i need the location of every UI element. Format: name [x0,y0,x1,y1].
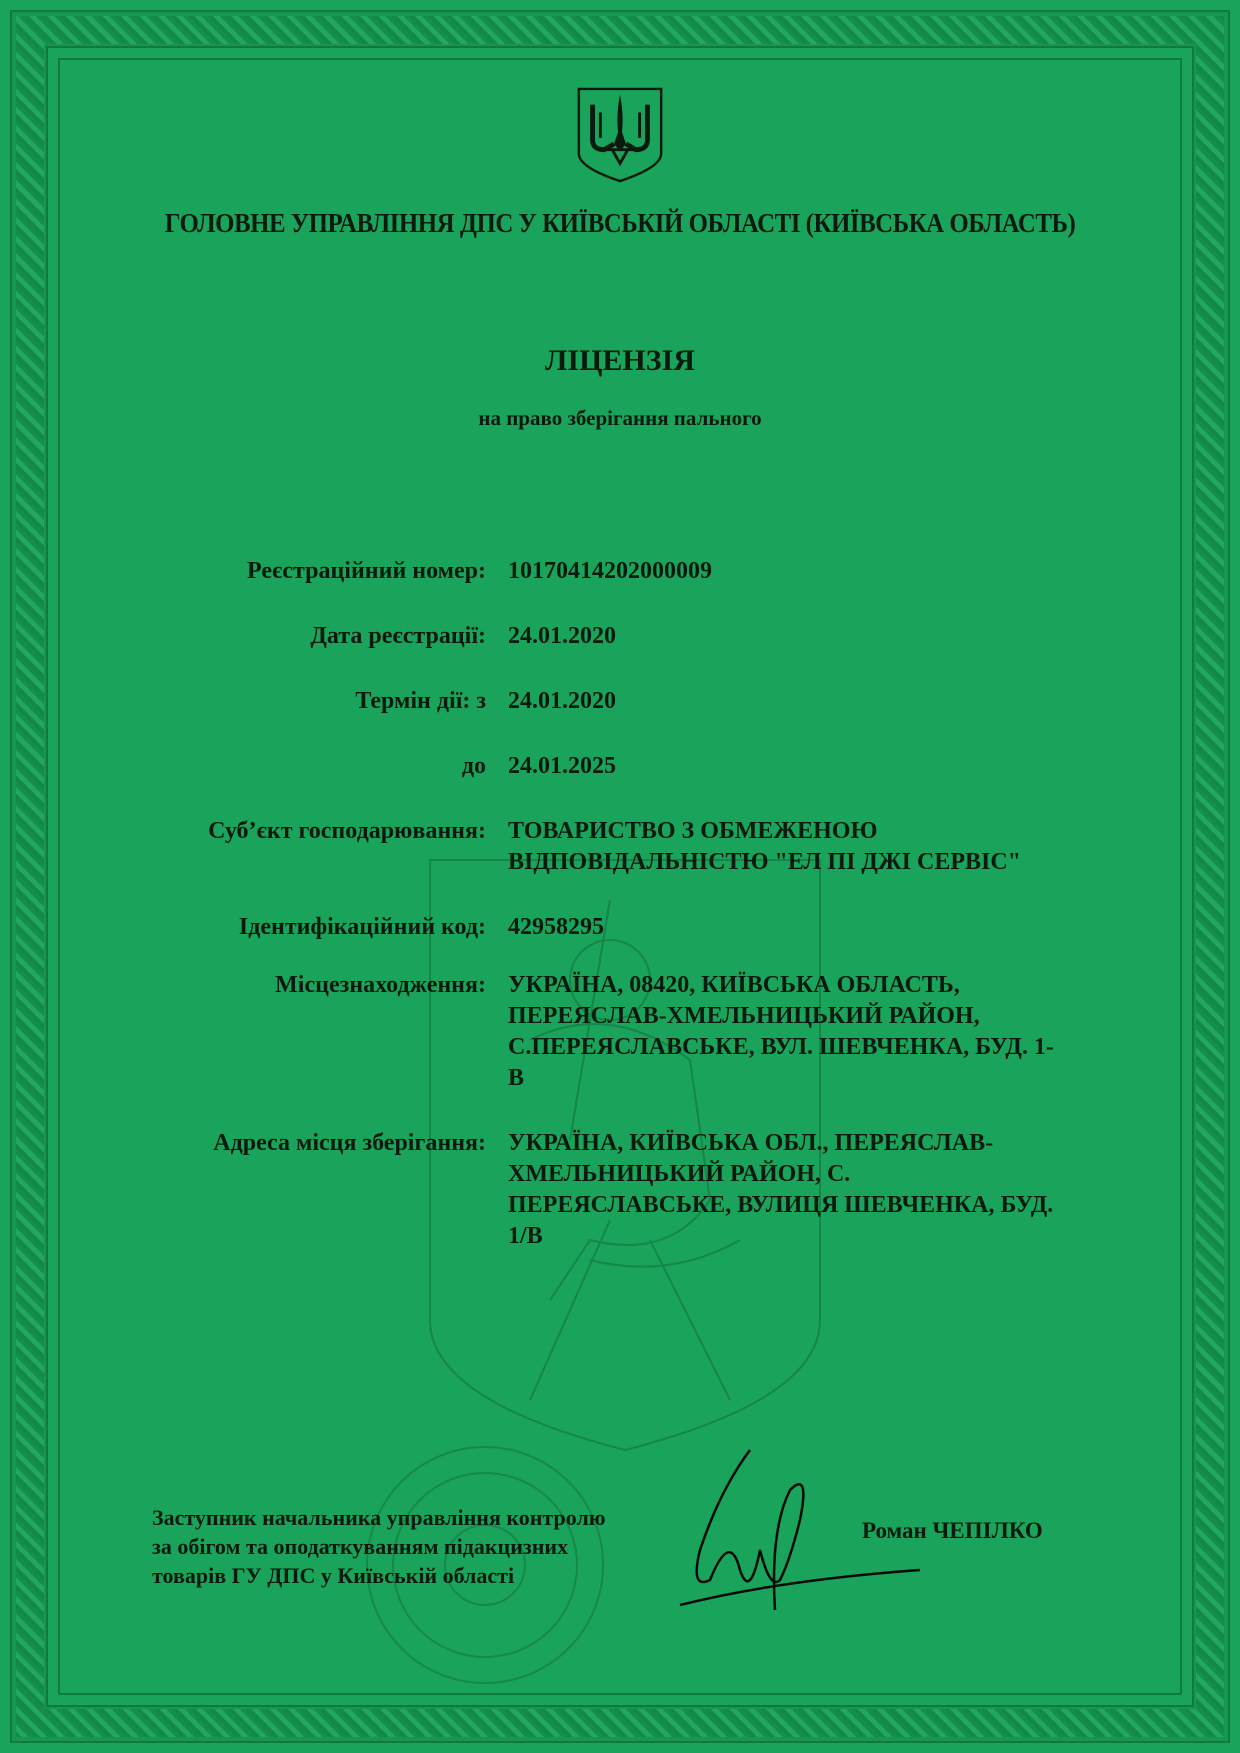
field-value: УКРАЇНА, КИЇВСЬКА ОБЛ., ПЕРЕЯСЛАВ-ХМЕЛЬН… [508,1128,1068,1252]
field-registration-date: Дата реєстрації: 24.01.2020 [0,621,1240,652]
field-value: 24.01.2020 [508,686,1068,717]
document-subtitle: на право зберігання пального [0,406,1240,431]
field-label: Місцезнаходження: [0,970,508,1094]
field-value: 24.01.2025 [508,751,1068,782]
field-value: 10170414202000009 [508,556,1068,587]
field-location: Місцезнаходження: УКРАЇНА, 08420, КИЇВСЬ… [0,970,1240,1094]
field-identification-code: Ідентифікаційний код: 42958295 [0,912,1240,943]
field-value: ТОВАРИСТВО З ОБМЕЖЕНОЮ ВІДПОВІДАЛЬНІСТЮ … [508,816,1068,878]
document-title: ЛІЦЕНЗІЯ [0,344,1240,378]
signer-position: Заступник начальника управління контролю… [152,1503,612,1590]
field-label: до [0,751,508,782]
field-label: Суб’єкт господарювання: [0,816,508,878]
field-label: Дата реєстрації: [0,621,508,652]
issuing-authority: ГОЛОВНЕ УПРАВЛІННЯ ДПС У КИЇВСЬКІЙ ОБЛАС… [50,208,1191,239]
field-value: 24.01.2020 [508,621,1068,652]
license-details: Реєстраційний номер: 10170414202000009 Д… [0,556,1240,1252]
field-label: Реєстраційний номер: [0,556,508,587]
field-valid-from: Термін дії: з 24.01.2020 [0,686,1240,717]
field-storage-address: Адреса місця зберігання: УКРАЇНА, КИЇВСЬ… [0,1128,1240,1252]
field-value: 42958295 [508,912,1068,943]
field-registration-number: Реєстраційний номер: 10170414202000009 [0,556,1240,587]
signer-name: Роман ЧЕПІЛКО [862,1518,1043,1544]
trident-emblem-icon [571,84,669,184]
field-label: Ідентифікаційний код: [0,912,508,943]
field-value: УКРАЇНА, 08420, КИЇВСЬКА ОБЛАСТЬ, ПЕРЕЯС… [508,970,1068,1094]
field-valid-to: до 24.01.2025 [0,751,1240,782]
field-label: Термін дії: з [0,686,508,717]
field-label: Адреса місця зберігання: [0,1128,508,1252]
field-business-entity: Суб’єкт господарювання: ТОВАРИСТВО З ОБМ… [0,816,1240,878]
